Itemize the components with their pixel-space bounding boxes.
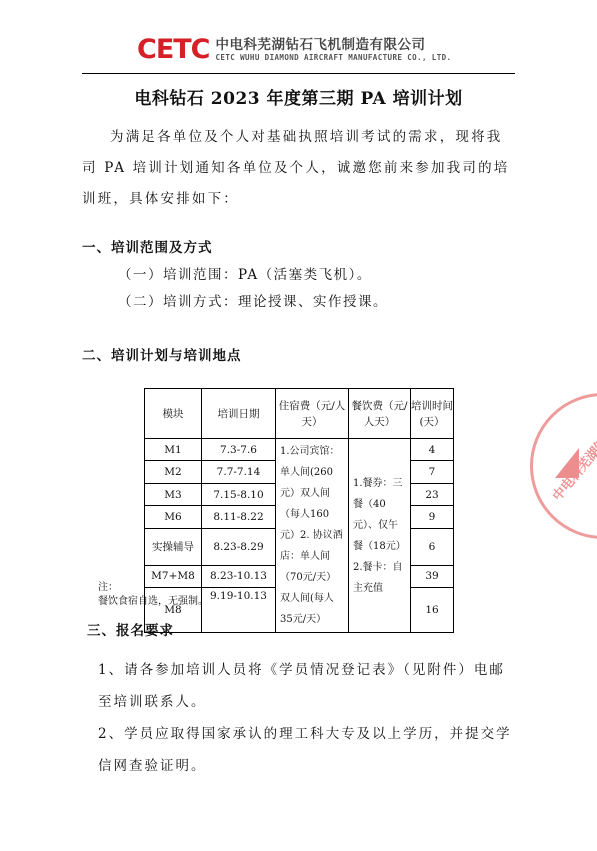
header-divider	[82, 73, 515, 74]
dates-cell: 7.7-7.14	[202, 461, 276, 483]
section1-item-2: （二）培训方式：理论授课、实作授课。	[118, 290, 388, 310]
header-lodging: 住宿费（元/人天）	[276, 389, 349, 439]
dates-cell: 7.3-7.6	[202, 439, 276, 461]
meals-cell: 1.餐券：三餐（40元）、仅午餐（18元）2.餐卡：自主充值	[349, 439, 411, 633]
header-module: 模块	[145, 389, 202, 439]
module-cell: M1	[145, 439, 202, 461]
dates-cell: 8.23-8.29	[202, 528, 276, 565]
dates-cell: 9.19-10.13	[202, 588, 276, 633]
section2-heading: 二、培训计划与培训地点	[82, 344, 242, 364]
header-days: 培训时间(天）	[411, 389, 454, 439]
intro-paragraph: 为满足各单位及个人对基础执照培训考试的需求，现将我司 PA 培训计划通知各单位及…	[82, 122, 515, 215]
company-name-en: CETC WUHU DIAMOND AIRCRAFT MANUFACTURE C…	[216, 53, 452, 62]
module-cell: M2	[145, 461, 202, 483]
module-cell: M3	[145, 483, 202, 505]
section3-item-1: 1、请各参加培训人员将《学员情况登记表》（见附件）电邮至培训联系人。	[98, 654, 518, 718]
note-text: 餐饮食宿自选，无强制。	[98, 595, 208, 609]
module-cell: M6	[145, 506, 202, 528]
dates-cell: 7.15-8.10	[202, 483, 276, 505]
module-cell: 实操辅导	[145, 528, 202, 565]
days-cell: 7	[411, 461, 454, 483]
days-cell: 4	[411, 439, 454, 461]
header-dates: 培训日期	[202, 389, 276, 439]
section3-heading: 三、报名要求	[87, 619, 174, 639]
note-label: 注：	[98, 581, 118, 595]
header-meals: 餐饮费（元/人天）	[349, 389, 411, 439]
section1-heading: 一、培训范围及方式	[82, 236, 213, 256]
section3-item-2: 2、学员应取得国家承认的理工科大专及以上学历，并提交学信网查验证明。	[98, 718, 518, 782]
module-cell: M7+M8	[145, 565, 202, 587]
lodging-cell: 1.公司宾馆：单人间(260元）双人间（每人160元）2. 协议酒店：单人间（7…	[276, 439, 349, 633]
stamp-star-icon	[555, 448, 579, 478]
company-name-cn: 中电科芜湖钻石飞机制造有限公司	[216, 38, 452, 53]
cetc-logo-mark: CETC	[137, 36, 210, 64]
dates-cell: 8.11-8.22	[202, 506, 276, 528]
days-cell: 9	[411, 506, 454, 528]
company-logo: CETC 中电科芜湖钻石飞机制造有限公司 CETC WUHU DIAMOND A…	[137, 36, 451, 64]
section1-item-1: （一）培训范围：PA（活塞类飞机）。	[118, 263, 372, 283]
days-cell: 6	[411, 528, 454, 565]
dates-cell: 8.23-10.13	[202, 565, 276, 587]
days-cell: 39	[411, 565, 454, 587]
days-cell: 23	[411, 483, 454, 505]
table-row: M1 7.3-7.6 1.公司宾馆：单人间(260元）双人间（每人160元）2.…	[145, 439, 454, 461]
document-title: 电科钻石 2023 年度第三期 PA 培训计划	[82, 84, 515, 109]
company-seal-stamp: 中电科芜湖钻石	[530, 393, 597, 539]
days-cell: 16	[411, 588, 454, 633]
